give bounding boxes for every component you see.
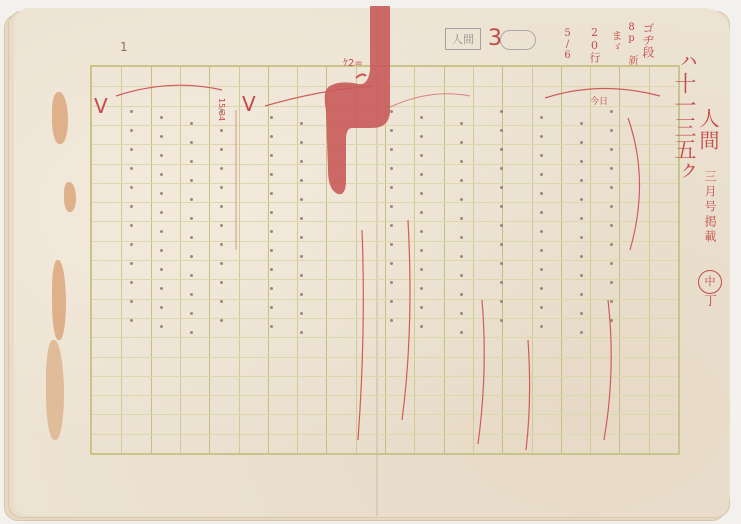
pencil-character [190,141,193,144]
pencil-text-column [300,122,304,350]
pencil-character [610,186,613,189]
pencil-character [130,243,133,246]
pencil-character [160,211,163,214]
pencil-character [270,325,273,328]
pencil-character [160,116,163,119]
pencil-character [420,154,423,157]
pencil-text-column [160,116,164,344]
pencil-character [390,243,393,246]
pencil-character [610,319,613,322]
pencil-character [160,287,163,290]
pencil-character [160,230,163,233]
pencil-character [420,306,423,309]
pencil-character [300,255,303,258]
pencil-character [460,274,463,277]
pencil-character [300,236,303,239]
pencil-character [420,135,423,138]
pencil-character [190,179,193,182]
pencil-character [300,198,303,201]
pencil-character [300,293,303,296]
pencil-character [420,192,423,195]
pencil-character [540,325,543,328]
pencil-character [220,224,223,227]
pencil-character [420,173,423,176]
pencil-character [420,325,423,328]
pencil-character [580,274,583,277]
pencil-character [390,281,393,284]
pencil-character [580,293,583,296]
pencil-character [610,205,613,208]
pencil-character [580,217,583,220]
pencil-character [160,192,163,195]
pencil-character [540,192,543,195]
pencil-character [300,312,303,315]
pencil-character [160,325,163,328]
pencil-character [420,249,423,252]
pencil-character [300,179,303,182]
pencil-character [540,211,543,214]
pencil-character [160,154,163,157]
pencil-character [420,116,423,119]
pencil-character [460,179,463,182]
pencil-character [580,122,583,125]
pencil-character [220,281,223,284]
pencil-character [160,173,163,176]
pencil-character [390,186,393,189]
pencil-character [420,287,423,290]
pencil-character [220,167,223,170]
pencil-character [580,331,583,334]
pencil-character [540,135,543,138]
pencil-character [610,281,613,284]
pencil-character [270,211,273,214]
pencil-text-column [130,110,134,338]
pencil-character [390,167,393,170]
pencil-character [130,186,133,189]
pencil-character [610,224,613,227]
pencil-character [540,306,543,309]
pencil-character [420,268,423,271]
pencil-character [390,129,393,132]
pencil-character [390,300,393,303]
pencil-character [300,217,303,220]
pencil-character [500,319,503,322]
pencil-character [390,224,393,227]
pencil-character [500,243,503,246]
pencil-character [220,129,223,132]
pencil-character [580,312,583,315]
pencil-character [500,300,503,303]
pencil-text-column [460,122,464,350]
pencil-text-column [580,122,584,350]
pencil-character [390,110,393,113]
pencil-character [460,312,463,315]
pencil-character [540,154,543,157]
pencil-character [270,116,273,119]
pencil-character [220,243,223,246]
pencil-character [580,160,583,163]
pencil-character [610,110,613,113]
pencil-character [610,167,613,170]
pencil-character [460,141,463,144]
pencil-character [130,224,133,227]
pencil-character [300,160,303,163]
pencil-character [390,262,393,265]
pencil-character [270,192,273,195]
pencil-character [300,331,303,334]
pencil-text-column [610,110,614,338]
pencil-character [500,148,503,151]
pencil-character [270,306,273,309]
pencil-character [270,268,273,271]
pencil-character [130,110,133,113]
pencil-text-column [270,116,274,344]
pencil-character [300,141,303,144]
pencil-character [390,205,393,208]
pencil-character [300,274,303,277]
pencil-character [270,287,273,290]
pencil-character [580,179,583,182]
pencil-character [540,173,543,176]
pencil-character [460,122,463,125]
pencil-character [190,331,193,334]
pencil-character [460,293,463,296]
pencil-character [270,135,273,138]
pencil-character [500,205,503,208]
pencil-character [190,312,193,315]
pencil-character [190,122,193,125]
pencil-character [540,268,543,271]
pencil-character [500,224,503,227]
pencil-character [390,148,393,151]
pencil-character [460,236,463,239]
pencil-character [500,129,503,132]
pencil-character [460,198,463,201]
pencil-character [500,167,503,170]
pencil-character [160,249,163,252]
pencil-character [460,331,463,334]
pencil-character [130,148,133,151]
pencil-character [160,306,163,309]
pencil-character [610,243,613,246]
pencil-character [270,173,273,176]
pencil-character [190,255,193,258]
pencil-character [420,230,423,233]
pencil-character [220,262,223,265]
pencil-character [460,160,463,163]
pencil-character [190,274,193,277]
pencil-character [130,319,133,322]
pencil-character [540,287,543,290]
pencil-character [220,319,223,322]
pencil-character [220,110,223,113]
pencil-character [500,186,503,189]
pencil-character [460,217,463,220]
pencil-character [500,281,503,284]
pencil-character [610,129,613,132]
pencil-character [220,300,223,303]
pencil-character [540,249,543,252]
pencil-character [500,262,503,265]
pencil-character [580,198,583,201]
pencil-character [160,268,163,271]
pencil-character [190,236,193,239]
pencil-text-column [220,110,224,338]
pencil-character [300,122,303,125]
pencil-character [610,148,613,151]
pencil-character [190,293,193,296]
pencil-character [220,205,223,208]
pencil-text-column [190,122,194,350]
pencil-character [610,262,613,265]
pencil-character [190,198,193,201]
pencil-character [130,281,133,284]
pencil-character [190,217,193,220]
pencil-text-column [420,116,424,344]
pencil-character [540,116,543,119]
pencil-character [500,110,503,113]
pencil-character [130,300,133,303]
pencil-character [130,129,133,132]
pencil-character [190,160,193,163]
red-ink-blot [300,0,400,200]
pencil-text-column [540,116,544,344]
pencil-text-column [390,110,394,338]
pencil-character [270,154,273,157]
pencil-character [460,255,463,258]
pencil-character [130,262,133,265]
pencil-character [610,300,613,303]
pencil-character [130,167,133,170]
pencil-character [270,230,273,233]
pencil-character [220,186,223,189]
pencil-character [540,230,543,233]
pencil-character [580,236,583,239]
pencil-character [420,211,423,214]
pencil-character [220,148,223,151]
pencil-character [390,319,393,322]
pencil-character [580,255,583,258]
pencil-character [160,135,163,138]
pencil-text-column [500,110,504,338]
pencil-character [580,141,583,144]
pencil-character [130,205,133,208]
pencil-character [270,249,273,252]
